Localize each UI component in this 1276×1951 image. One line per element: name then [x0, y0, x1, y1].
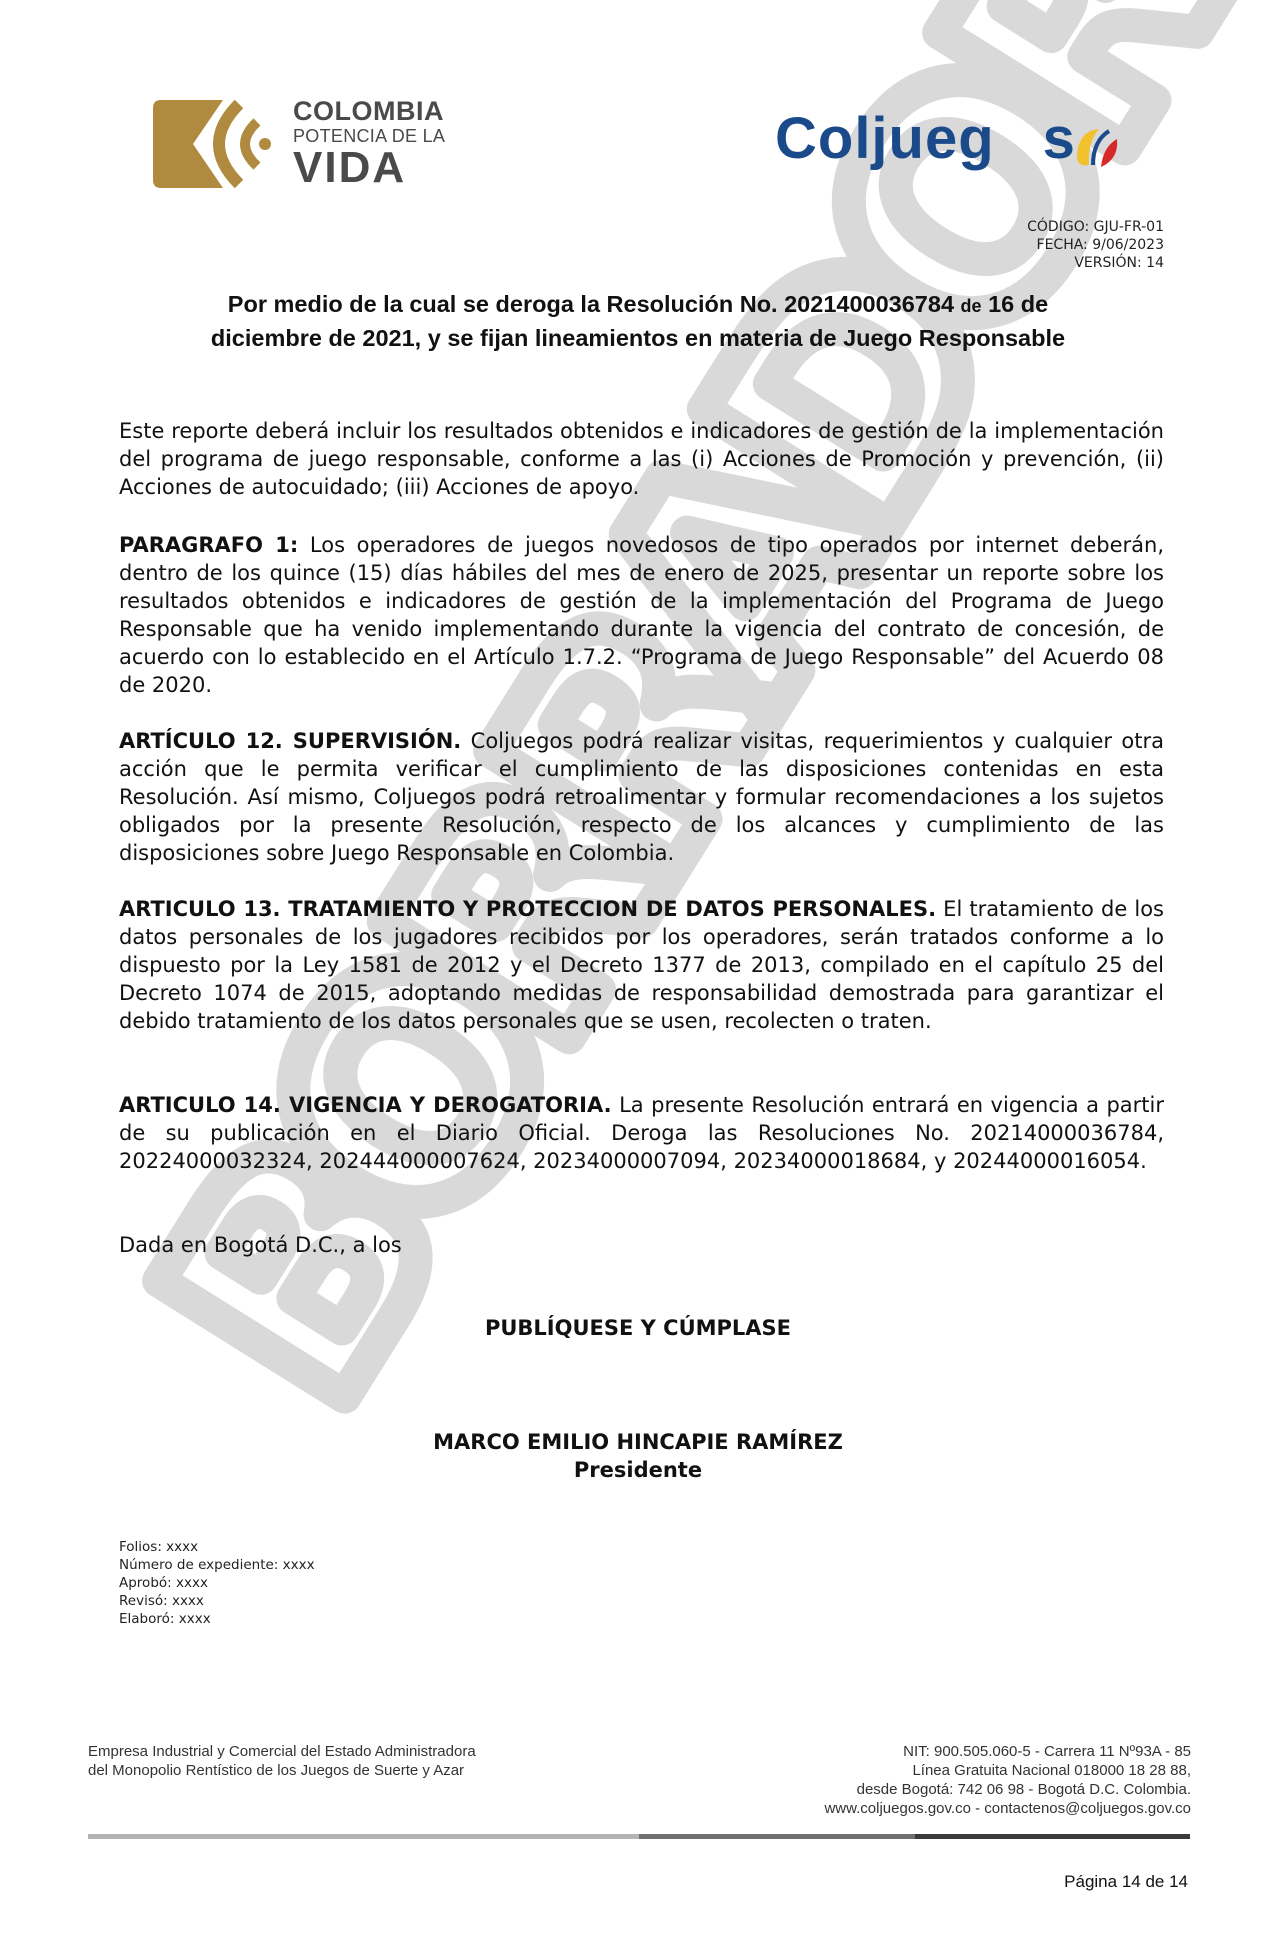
article-13-label: ARTICULO 13. TRATAMIENTO Y PROTECCION DE…: [119, 897, 936, 921]
paragrafo-1-label: PARAGRAFO 1:: [119, 533, 298, 557]
meta-expediente: Número de expediente: xxxx: [119, 1556, 315, 1574]
given-in-bogota: Dada en Bogotá D.C., a los: [119, 1231, 1164, 1259]
meta-aprobo: Aprobó: xxxx: [119, 1574, 315, 1592]
article-14-vigencia: ARTICULO 14. VIGENCIA Y DEROGATORIA. La …: [119, 1091, 1164, 1175]
document-code: CÓDIGO: GJU-FR-01: [1027, 218, 1164, 236]
document-meta-list: Folios: xxxx Número de expediente: xxxx …: [119, 1538, 315, 1628]
logo-line-vida: VIDA: [293, 147, 445, 189]
article-12-supervision: ARTÍCULO 12. SUPERVISIÓN. Coljuegos podr…: [119, 727, 1164, 867]
coljuegos-word-part1: Colju: [775, 106, 925, 171]
paragraph-paragrafo-1: PARAGRAFO 1: Los operadores de juegos no…: [119, 531, 1164, 699]
article-14-label: ARTICULO 14. VIGENCIA Y DEROGATORIA.: [119, 1093, 612, 1117]
title-line1-part2: 16 de: [982, 291, 1049, 317]
signer-name: MARCO EMILIO HINCAPIE RAMÍREZ: [0, 1428, 1276, 1456]
document-code-block: CÓDIGO: GJU-FR-01 FECHA: 9/06/2023 VERSI…: [1027, 218, 1164, 272]
meta-folios: Folios: xxxx: [119, 1538, 315, 1556]
title-line1-part1: Por medio de la cual se deroga la Resolu…: [228, 291, 961, 317]
article-13-data-protection: ARTICULO 13. TRATAMIENTO Y PROTECCION DE…: [119, 895, 1164, 1035]
footer-bogota-phone: desde Bogotá: 742 06 98 - Bogotá D.C. Co…: [824, 1780, 1191, 1799]
title-line1-small: de: [961, 296, 982, 316]
colombia-wave-logo-icon: [153, 100, 273, 188]
article-12-label: ARTÍCULO 12. SUPERVISIÓN.: [119, 729, 461, 753]
footer-contact-info: NIT: 900.505.060-5 - Carrera 11 Nº93A - …: [824, 1742, 1191, 1818]
footer-company-description: Empresa Industrial y Comercial del Estad…: [88, 1742, 476, 1780]
footer-nit-address: NIT: 900.505.060-5 - Carrera 11 Nº93A - …: [824, 1742, 1191, 1761]
footer-toll-free-line: Línea Gratuita Nacional 018000 18 28 88,: [824, 1761, 1191, 1780]
footer-web-email[interactable]: www.coljuegos.gov.co - contactenos@colju…: [824, 1799, 1191, 1818]
resolution-title: Por medio de la cual se deroga la Resolu…: [150, 288, 1126, 354]
colombia-potencia-de-la-vida-logo: COLOMBIA POTENCIA DE LA VIDA: [153, 98, 473, 190]
footer-left-line1: Empresa Industrial y Comercial del Estad…: [88, 1742, 476, 1761]
signer-role: Presidente: [0, 1456, 1276, 1484]
coljuegos-word-part3: s: [1043, 106, 1076, 171]
publiquese-cumplase: PUBLÍQUESE Y CÚMPLASE: [0, 1314, 1276, 1342]
paragraph-report-content: Este reporte deberá incluir los resultad…: [119, 417, 1164, 501]
meta-reviso: Revisó: xxxx: [119, 1592, 315, 1610]
footer-left-line2: del Monopolio Rentístico de los Juegos d…: [88, 1761, 476, 1780]
page-number: Página 14 de 14: [1064, 1872, 1188, 1892]
document-version: VERSIÓN: 14: [1027, 254, 1164, 272]
logo-line-colombia: COLOMBIA: [293, 98, 445, 125]
coljuegos-word-part2: eg: [925, 106, 995, 171]
meta-elaboro: Elaboró: xxxx: [119, 1610, 315, 1628]
title-line2: diciembre de 2021, y se fijan lineamient…: [150, 322, 1126, 354]
paragrafo-1-text: Los operadores de juegos novedosos de ti…: [119, 533, 1164, 697]
footer-divider: [88, 1834, 1190, 1839]
coljuegos-logo: Coljuegs: [775, 105, 1155, 175]
document-date: FECHA: 9/06/2023: [1027, 236, 1164, 254]
coljuegos-o-swoosh-icon: [1073, 125, 1121, 169]
